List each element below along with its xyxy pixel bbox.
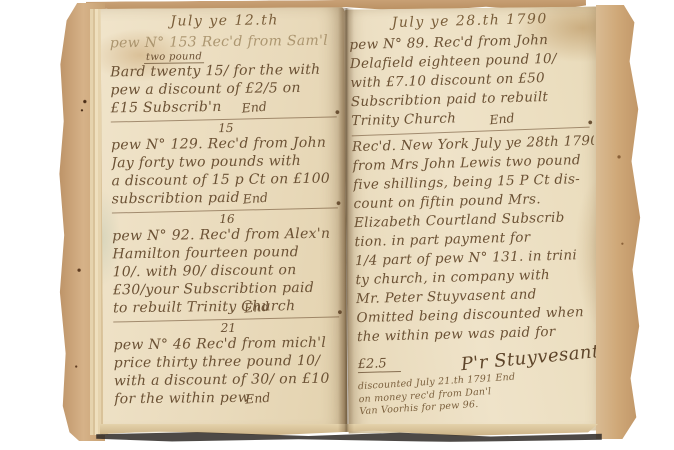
manuscript-line: a discount of 15 p Ct on £100 xyxy=(111,170,341,191)
manuscript-line: with a discount of 30/ on £10 xyxy=(114,370,344,391)
end-marker: End xyxy=(241,100,267,116)
end-marker: End xyxy=(489,111,515,127)
left-page-entries: pew N° 153 Rec'd from Sam'ltwo poundBard… xyxy=(110,32,345,408)
right-page-entries: pew N° 89. Rec'd from JohnDelafield eigh… xyxy=(349,30,599,347)
ledger-entry: pew N° 89. Rec'd from JohnDelafield eigh… xyxy=(349,30,593,130)
ledger-entry: 15pew N° 129. Rec'd from JohnJay forty t… xyxy=(111,122,342,208)
left-page: July ye 12.th pew N° 153 Rec'd from Sam'… xyxy=(101,7,348,433)
amount-total: £2.5 xyxy=(358,356,401,373)
manuscript-line: pew N° 92. Rec'd from Alex'n xyxy=(112,225,342,246)
manuscript-line: for the within pew xyxy=(114,388,344,409)
manuscript-line: £30/your Subscribtion paid xyxy=(113,279,343,300)
end-marker: End xyxy=(242,191,268,207)
end-marker: End xyxy=(244,300,270,316)
ledger-entry: 21pew N° 46 Rec'd from mich'lprice thirt… xyxy=(113,322,344,408)
footnote: discounted July 21.th 1791 Endon money r… xyxy=(358,367,602,419)
book-cover-edge-right xyxy=(596,5,644,439)
end-marker: End xyxy=(245,391,271,407)
manuscript-line: pew N° 129. Rec'd from John xyxy=(111,134,341,155)
manuscript-line: £15 Subscrib'n xyxy=(111,97,341,118)
right-page: July ye 28.th 1790 pew N° 89. Rec'd from… xyxy=(343,6,602,433)
book-gutter xyxy=(338,8,354,432)
ledger-entry: 16pew N° 92. Rec'd from Alex'nHamilton f… xyxy=(112,213,343,317)
manuscript-line: to rebuilt Trinity Church xyxy=(113,297,343,318)
manuscript-line: pew N° 153 Rec'd from Sam'l xyxy=(110,32,340,53)
left-page-header: July ye 12.th xyxy=(109,12,339,34)
manuscript-photo: July ye 12.th pew N° 153 Rec'd from Sam'… xyxy=(0,0,674,450)
ledger-entry: Rec'd. New York July ye 28th 1790from Mr… xyxy=(352,132,599,347)
ledger-entry: pew N° 153 Rec'd from Sam'ltwo poundBard… xyxy=(110,32,341,117)
manuscript-line: Bard twenty 15/ for the with xyxy=(110,61,340,82)
manuscript-line: subscribtion paid xyxy=(112,188,342,209)
